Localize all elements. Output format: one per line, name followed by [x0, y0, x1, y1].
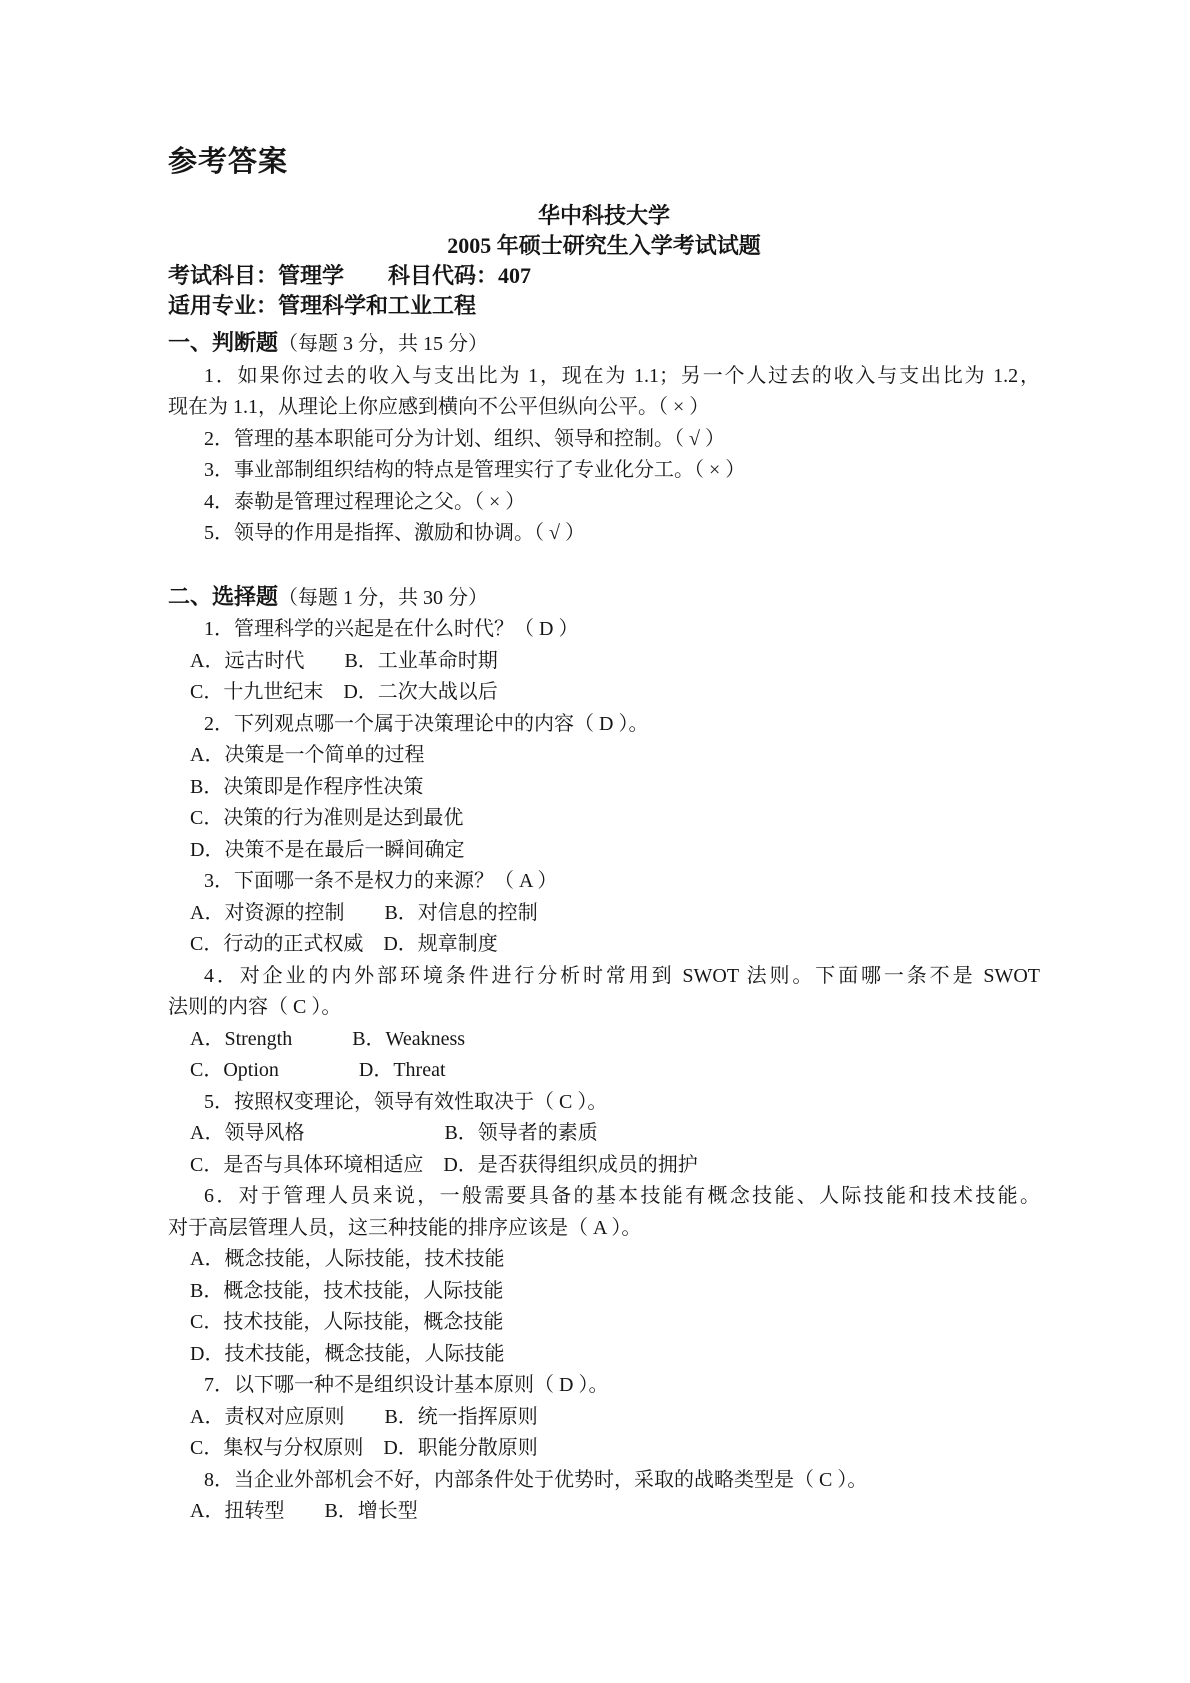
section-title: 二、选择题（每题 1 分，共 30 分）	[168, 581, 1040, 615]
section: 一、判断题（每题 3 分，共 15 分）1．如果你过去的收入与支出比为 1，现在…	[168, 327, 1040, 550]
text-line: A．决策是一个简单的过程	[168, 740, 1040, 772]
text-line: 现在为 1.1，从理论上你应感到横向不公平但纵向公平。（ × ）	[168, 392, 1040, 424]
text-line: C．十九世纪末 D．二次大战以后	[168, 677, 1040, 709]
text-line: C．集权与分权原则 D．职能分散原则	[168, 1433, 1040, 1465]
text-line: D．决策不是在最后一瞬间确定	[168, 835, 1040, 867]
document-page: { "answers_heading": "参考答案", "header": {…	[0, 0, 1190, 1683]
section-title-rest: （每题 1 分，共 30 分）	[278, 587, 488, 609]
section-title-bold: 一、判断题	[168, 330, 278, 355]
text-line: 法则的内容（ C ）。	[168, 992, 1040, 1024]
text-line: 5．领导的作用是指挥、激励和协调。（ √ ）	[168, 518, 1040, 550]
text-line: 5．按照权变理论，领导有效性取决于（ C ）。	[168, 1087, 1040, 1119]
text-line: 8．当企业外部机会不好，内部条件处于优势时，采取的战略类型是（ C ）。	[168, 1465, 1040, 1497]
university-title: 华中科技大学	[168, 201, 1040, 231]
text-line: C．决策的行为准则是达到最优	[168, 803, 1040, 835]
text-line: A．概念技能，人际技能，技术技能	[168, 1244, 1040, 1276]
exam-answer-sheet: 参考答案 华中科技大学 2005 年硕士研究生入学考试试题 考试科目：管理学 科…	[168, 145, 1040, 1528]
text-line: B．概念技能，技术技能，人际技能	[168, 1276, 1040, 1308]
text-line: 1．管理科学的兴起是在什么时代？（ D ）	[168, 614, 1040, 646]
text-line: C．行动的正式权威 D．规章制度	[168, 929, 1040, 961]
text-line: 2．下列观点哪一个属于决策理论中的内容（ D ）。	[168, 709, 1040, 741]
text-line: A．扭转型 B．增长型	[168, 1496, 1040, 1528]
text-line: A．责权对应原则 B．统一指挥原则	[168, 1402, 1040, 1434]
section-title: 一、判断题（每题 3 分，共 15 分）	[168, 327, 1040, 361]
text-line: 对于高层管理人员，这三种技能的排序应该是（ A ）。	[168, 1213, 1040, 1245]
answers-heading: 参考答案	[168, 145, 1040, 179]
text-line: 2．管理的基本职能可分为计划、组织、领导和控制。（ √ ）	[168, 424, 1040, 456]
text-line: C．技术技能，人际技能，概念技能	[168, 1307, 1040, 1339]
text-line: A．远古时代 B．工业革命时期	[168, 646, 1040, 678]
section-title-bold: 二、选择题	[168, 584, 278, 609]
text-line: 4．泰勒是管理过程理论之父。（ × ）	[168, 487, 1040, 519]
text-line: A．对资源的控制 B．对信息的控制	[168, 898, 1040, 930]
subject-line: 考试科目：管理学 科目代码：407	[168, 261, 1040, 291]
text-line: 4．对企业的内外部环境条件进行分析时常用到 SWOT 法则。下面哪一条不是 SW…	[168, 961, 1040, 993]
text-line: 6．对于管理人员来说，一般需要具备的基本技能有概念技能、人际技能和技术技能。	[168, 1181, 1040, 1213]
text-line: 7．以下哪一种不是组织设计基本原则（ D ）。	[168, 1370, 1040, 1402]
text-line: D．技术技能，概念技能，人际技能	[168, 1339, 1040, 1371]
text-line: 3．下面哪一条不是权力的来源？（ A ）	[168, 866, 1040, 898]
text-line: 3．事业部制组织结构的特点是管理实行了专业化分工。（ × ）	[168, 455, 1040, 487]
text-line: A．领导风格 B．领导者的素质	[168, 1118, 1040, 1150]
section: 二、选择题（每题 1 分，共 30 分）1．管理科学的兴起是在什么时代？（ D …	[168, 581, 1040, 1528]
exam-body: 一、判断题（每题 3 分，共 15 分）1．如果你过去的收入与支出比为 1，现在…	[168, 327, 1040, 1528]
text-line: C．是否与具体环境相适应 D．是否获得组织成员的拥护	[168, 1150, 1040, 1182]
major-line: 适用专业：管理科学和工业工程	[168, 291, 1040, 321]
text-line: C．Option D．Threat	[168, 1055, 1040, 1087]
text-line: 1．如果你过去的收入与支出比为 1，现在为 1.1；另一个人过去的收入与支出比为…	[168, 361, 1040, 393]
exam-title: 2005 年硕士研究生入学考试试题	[168, 231, 1040, 261]
text-line: A．Strength B．Weakness	[168, 1024, 1040, 1056]
text-line: B．决策即是作程序性决策	[168, 772, 1040, 804]
section-title-rest: （每题 3 分，共 15 分）	[278, 333, 488, 355]
